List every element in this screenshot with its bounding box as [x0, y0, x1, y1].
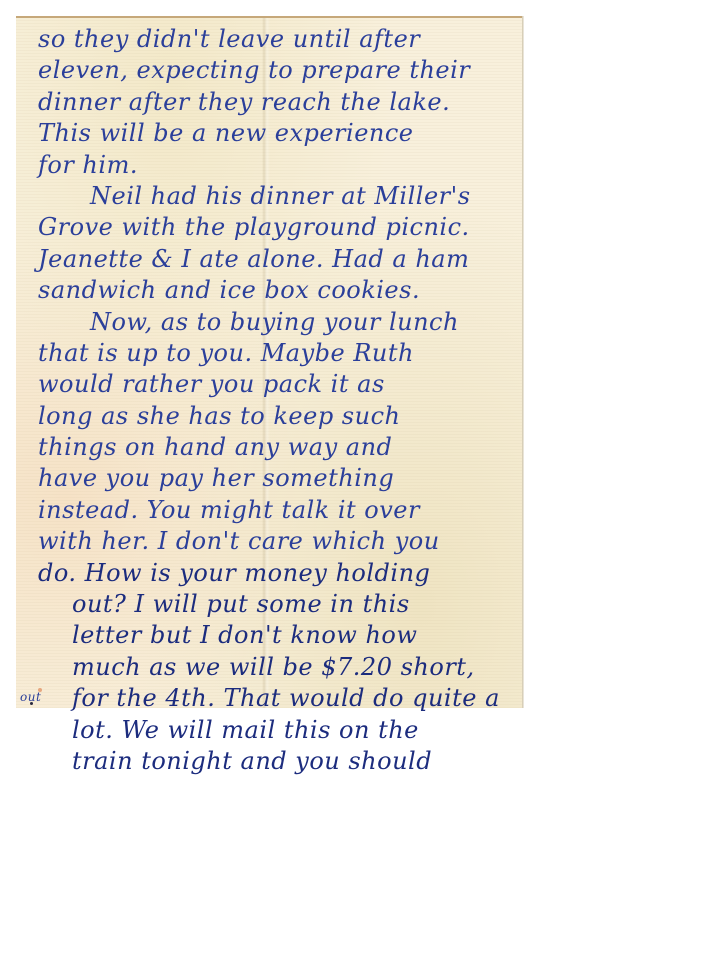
letter-line: with her. I don't care which you [38, 526, 528, 557]
letter-line: train tonight and you should [38, 746, 528, 777]
letter-line: This will be a new experience [38, 118, 528, 149]
letter-line: instead. You might talk it over [38, 495, 528, 526]
letter-line: letter but I don't know how [38, 620, 528, 651]
letter-line: eleven, expecting to prepare their [38, 55, 528, 86]
letter-line: out for the 4th. That would do quite a [38, 683, 528, 714]
letter-line: that is up to you. Maybe Ruth [38, 338, 528, 369]
letter-line: have you pay her something [38, 463, 528, 494]
letter-line: so they didn't leave until after [38, 24, 528, 55]
letter-page: so they didn't leave until after eleven,… [16, 16, 522, 708]
letter-line: much as we will be $7.20 short, [38, 652, 528, 683]
handwritten-text: so they didn't leave until after eleven,… [38, 24, 528, 777]
paper-edge [16, 16, 522, 18]
letter-line: would rather you pack it as [38, 369, 528, 400]
letter-line: things on hand any way and [38, 432, 528, 463]
letter-line: Neil had his dinner at Miller's [38, 181, 528, 212]
letter-line: dinner after they reach the lake. [38, 87, 528, 118]
letter-line: for him. [38, 150, 528, 181]
letter-line: do. How is your money holding [38, 558, 528, 589]
margin-note-out: out [20, 691, 41, 703]
letter-line-text: for the 4th. That would do quite a [72, 684, 500, 712]
letter-line: sandwich and ice box cookies. [38, 275, 528, 306]
letter-line: Jeanette & I ate alone. Had a ham [38, 244, 528, 275]
letter-line: Now, as to buying your lunch [38, 307, 528, 338]
letter-line: out? I will put some in this [38, 589, 528, 620]
letter-line: Grove with the playground picnic. [38, 212, 528, 243]
letter-line: long as she has to keep such [38, 401, 528, 432]
letter-line: lot. We will mail this on the [38, 715, 528, 746]
